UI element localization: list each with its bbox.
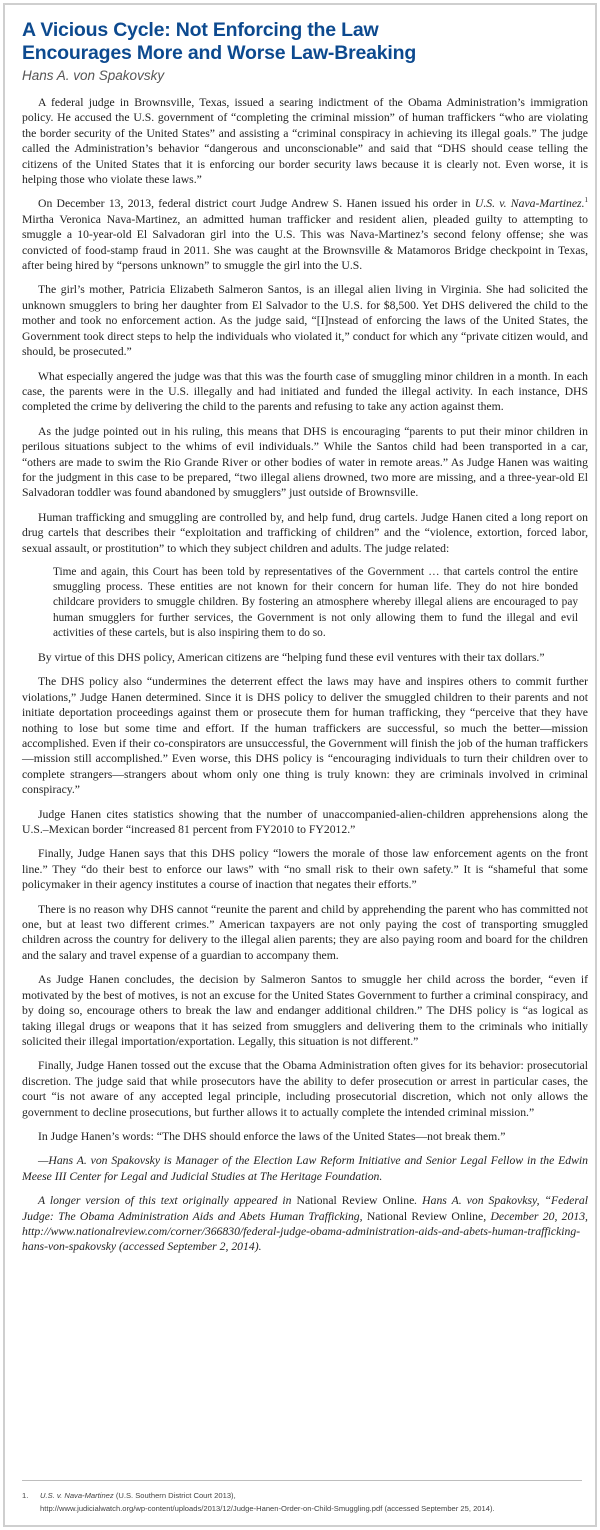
footnote-court: (U.S. Southern District Court 2013),	[114, 1491, 236, 1500]
footnotes-section: 1. U.S. v. Nava-Martinez (U.S. Southern …	[22, 1480, 582, 1515]
paragraph-text: Mirtha Veronica Nava-Martinez, an admitt…	[22, 213, 588, 272]
paragraph: Judge Hanen cites statistics showing tha…	[22, 807, 588, 838]
publication-name: National Review Online	[367, 1210, 483, 1223]
paragraph: By virtue of this DHS policy, American c…	[22, 650, 588, 665]
source-note: A longer version of this text originally…	[22, 1193, 588, 1255]
footnote-item: 1. U.S. v. Nava-Martinez (U.S. Southern …	[22, 1489, 582, 1515]
paragraph: Human trafficking and smuggling are cont…	[22, 510, 588, 556]
footnote-ref[interactable]: 1	[585, 197, 589, 205]
paragraph: What especially angered the judge was th…	[22, 369, 588, 415]
title-line-1: A Vicious Cycle: Not Enforcing the Law	[22, 19, 582, 42]
author-byline: Hans A. von Spakovsky	[22, 67, 582, 85]
paragraph: On December 13, 2013, federal district c…	[22, 196, 588, 273]
footnote-url[interactable]: http://www.judicialwatch.org/wp-content/…	[40, 1504, 495, 1513]
footnote-text: U.S. v. Nava-Martinez (U.S. Southern Dis…	[40, 1489, 495, 1515]
paragraph: As Judge Hanen concludes, the decision b…	[22, 972, 588, 1049]
article-title: A Vicious Cycle: Not Enforcing the Law E…	[22, 19, 582, 65]
paragraph: The DHS policy also “undermines the dete…	[22, 674, 588, 797]
paragraph: The girl’s mother, Patricia Elizabeth Sa…	[22, 282, 588, 359]
note-text: A longer version of this text originally…	[38, 1194, 297, 1207]
article-frame: A Vicious Cycle: Not Enforcing the Law E…	[3, 3, 597, 1527]
publication-name: National Review Online	[297, 1194, 415, 1207]
paragraph: In Judge Hanen’s words: “The DHS should …	[22, 1129, 588, 1144]
paragraph: Finally, Judge Hanen says that this DHS …	[22, 846, 588, 892]
paragraph: As the judge pointed out in his ruling, …	[22, 424, 588, 501]
paragraph: Finally, Judge Hanen tossed out the excu…	[22, 1058, 588, 1120]
article-header: A Vicious Cycle: Not Enforcing the Law E…	[22, 19, 582, 85]
title-line-2: Encourages More and Worse Law-Breaking	[22, 42, 582, 65]
block-quote: Time and again, this Court has been told…	[53, 565, 578, 641]
footnote-case: U.S. v. Nava-Martinez	[40, 1491, 114, 1500]
paragraph: There is no reason why DHS cannot “reuni…	[22, 902, 588, 964]
case-name: U.S. v. Nava-Martinez.	[475, 197, 585, 210]
footnote-number: 1.	[22, 1489, 40, 1515]
article-body: A federal judge in Brownsville, Texas, i…	[22, 95, 588, 1264]
author-bio: —Hans A. von Spakovsky is Manager of the…	[22, 1153, 588, 1184]
paragraph-text: On December 13, 2013, federal district c…	[38, 197, 475, 210]
paragraph: A federal judge in Brownsville, Texas, i…	[22, 95, 588, 187]
